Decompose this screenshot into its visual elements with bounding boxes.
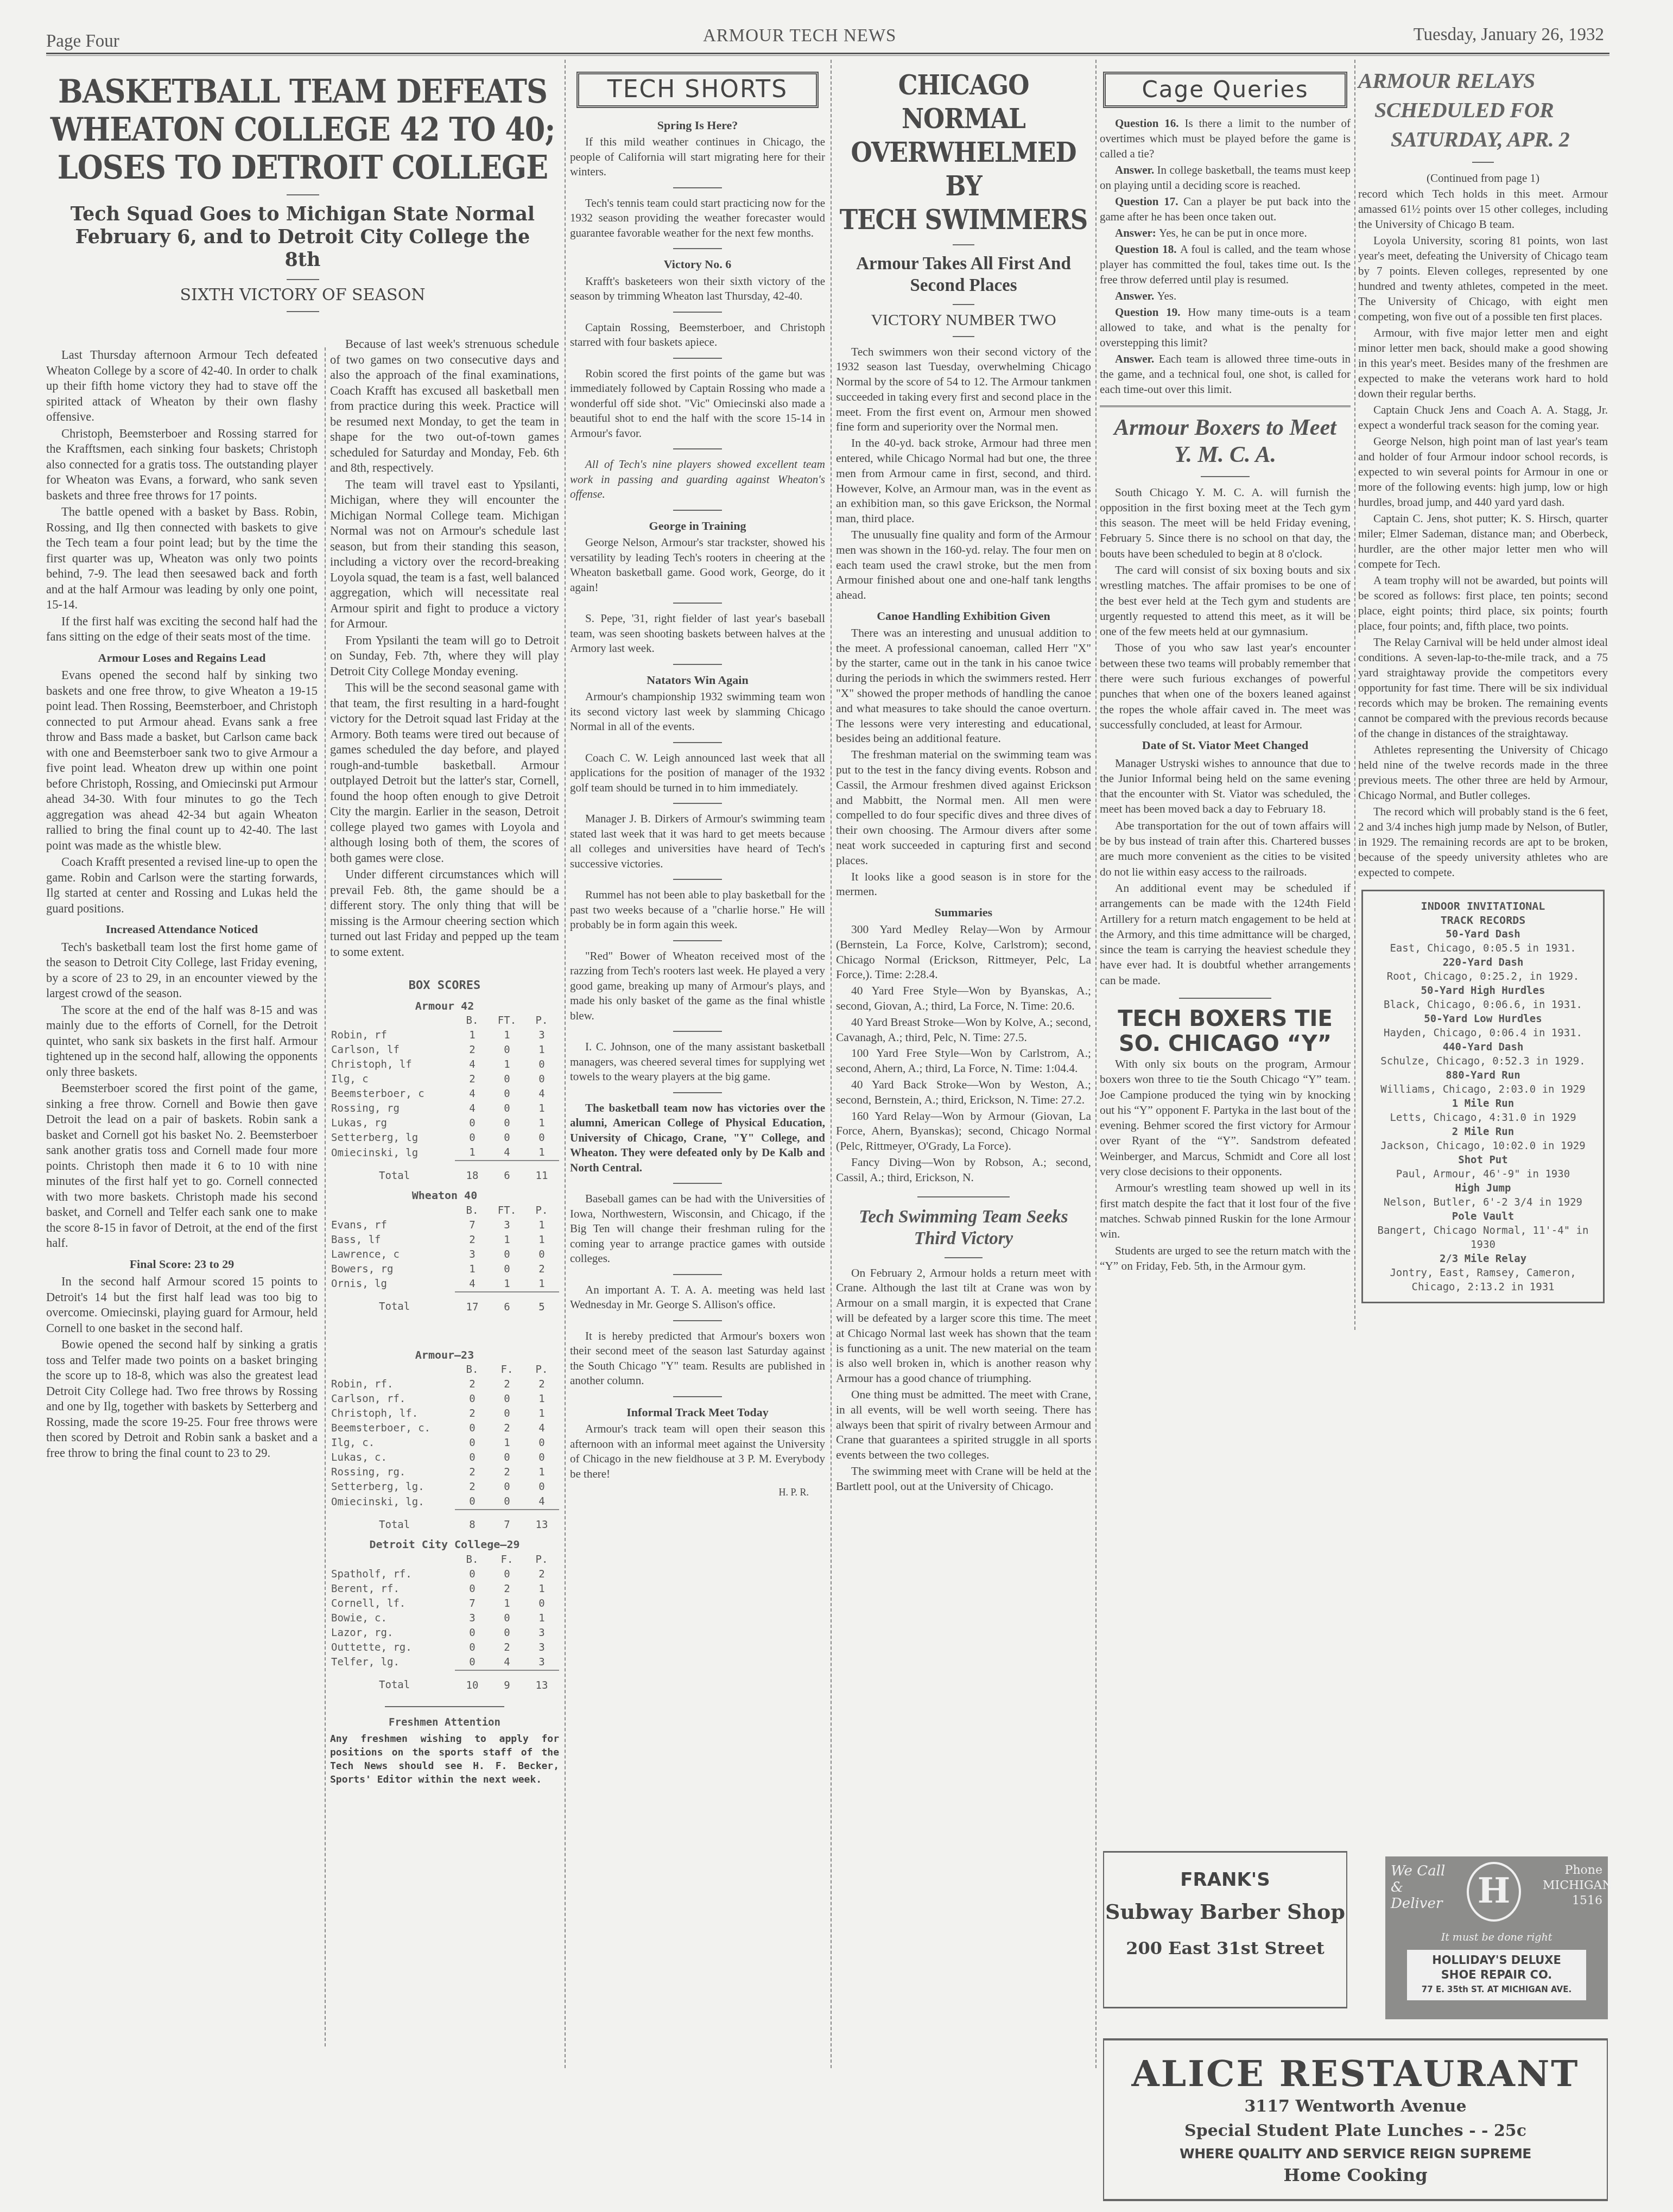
stat-cell: 3 bbox=[524, 1626, 559, 1640]
stat-cell: 0 bbox=[524, 1131, 559, 1145]
paragraph: Armour's track team will open their seas… bbox=[570, 1422, 825, 1481]
relays-body: record which Tech holds in this meet. Ar… bbox=[1358, 186, 1608, 880]
stat-cell: 1 bbox=[524, 1218, 559, 1233]
ad-title: FRANK'S bbox=[1104, 1869, 1346, 1891]
header-cell: B. bbox=[455, 1362, 490, 1377]
paragraph: Under different circumstances which will… bbox=[330, 867, 559, 960]
stat-cell: 1 bbox=[524, 1145, 559, 1161]
stat-cell: 4 bbox=[490, 1145, 524, 1161]
stat-cell: 9 bbox=[490, 1670, 524, 1693]
stat-cell: 0 bbox=[455, 1567, 490, 1582]
player-cell: Ornis, lg bbox=[330, 1277, 455, 1292]
total-label: Total bbox=[330, 1510, 455, 1532]
record-event: 440-Yard Dash bbox=[1368, 1040, 1598, 1054]
paragraph: George Nelson, high point man of last ye… bbox=[1358, 434, 1608, 510]
divider bbox=[673, 510, 722, 511]
box-score-row: Telfer, lg.043 bbox=[330, 1655, 559, 1670]
stat-cell: 1 bbox=[524, 1611, 559, 1626]
basketball-column-2: Because of last week's strenuous schedul… bbox=[330, 337, 559, 1786]
stat-cell: 0 bbox=[455, 1626, 490, 1640]
query-label: Question 19. bbox=[1115, 306, 1188, 319]
tech-shorts-signature: H. P. R. bbox=[570, 1485, 825, 1500]
divider bbox=[673, 742, 722, 743]
player-cell: Robin, rf. bbox=[330, 1377, 455, 1392]
query-label: Question 18. bbox=[1115, 243, 1180, 256]
header-cell bbox=[330, 1013, 455, 1028]
records-list: 50-Yard DashEast, Chicago, 0:05.5 in 193… bbox=[1368, 927, 1598, 1294]
box-score-row: Robin, rf.222 bbox=[330, 1377, 559, 1392]
header-cell bbox=[330, 1203, 455, 1218]
box-score-row: Bass, lf211 bbox=[330, 1233, 559, 1247]
ad-line: Home Cooking bbox=[1104, 2165, 1607, 2185]
stat-cell: 0 bbox=[524, 1450, 559, 1465]
paragraph: The unusually fine quality and form of t… bbox=[836, 528, 1091, 603]
paragraph: Armour, with five major letter men and e… bbox=[1358, 325, 1608, 401]
divider bbox=[1100, 405, 1351, 409]
stat-cell: 3 bbox=[524, 1640, 559, 1655]
divider bbox=[953, 336, 974, 337]
player-cell: Bowie, c. bbox=[330, 1611, 455, 1626]
alice-restaurant-ad: ALICE RESTAURANT 3117 Wentworth Avenue S… bbox=[1103, 2038, 1608, 2201]
column-divider bbox=[565, 60, 566, 2068]
divider bbox=[287, 194, 319, 195]
stat-cell: 2 bbox=[490, 1640, 524, 1655]
stat-cell: 1 bbox=[455, 1028, 490, 1043]
stat-cell: 0 bbox=[490, 1131, 524, 1145]
box-score-row: Rossing, rg.221 bbox=[330, 1465, 559, 1480]
stat-cell: 11 bbox=[524, 1161, 559, 1183]
boxers-tie-headline: TECH BOXERS TIE SO. CHICAGO “Y” bbox=[1100, 1006, 1351, 1056]
player-cell: Ilg, c. bbox=[330, 1436, 455, 1450]
franks-barber-ad: FRANK'S Subway Barber Shop 200 East 31st… bbox=[1103, 1851, 1347, 2008]
divider bbox=[953, 304, 974, 305]
record-holder: Hayden, Chicago, 0:06.4 in 1931. bbox=[1368, 1026, 1598, 1040]
player-cell: Christoph, lf bbox=[330, 1057, 455, 1072]
box-score-row: Ilg, c.010 bbox=[330, 1436, 559, 1450]
divider bbox=[673, 448, 722, 449]
stat-cell: 0 bbox=[524, 1057, 559, 1072]
holliday-shoe-repair-ad: We Call & Deliver Phone MICHIGAN 1516 H … bbox=[1385, 1856, 1608, 2019]
stat-cell: 1 bbox=[490, 1028, 524, 1043]
paragraph: There was an interesting and unusual add… bbox=[836, 626, 1091, 746]
stat-cell: 6 bbox=[490, 1292, 524, 1315]
paragraph: I. C. Johnson, one of the many assistant… bbox=[570, 1040, 825, 1085]
paragraph: The score at the end of the half was 8-1… bbox=[46, 1003, 318, 1080]
section-subhead: Spring Is Here? bbox=[570, 118, 825, 133]
paragraph: If this mild weather continues in Chicag… bbox=[570, 135, 825, 180]
total-label: Total bbox=[330, 1161, 455, 1183]
player-cell: Cornell, lf. bbox=[330, 1596, 455, 1611]
paragraph: Evans opened the second half by sinking … bbox=[46, 668, 318, 853]
paragraph: Armour's wrestling team showed up well i… bbox=[1100, 1180, 1351, 1241]
record-event: 880-Yard Run bbox=[1368, 1068, 1598, 1082]
box-score-row: Outtette, rg.023 bbox=[330, 1640, 559, 1655]
stat-cell: 1 bbox=[490, 1277, 524, 1292]
stat-cell: 2 bbox=[490, 1465, 524, 1480]
box-score-row: Spatholf, rf.002 bbox=[330, 1567, 559, 1582]
box-score-team: Detroit City College—29 bbox=[330, 1537, 559, 1552]
player-cell: Setterberg, lg. bbox=[330, 1480, 455, 1494]
stat-cell: 18 bbox=[455, 1161, 490, 1183]
box-score-row: Omiecinski, lg.004 bbox=[330, 1494, 559, 1510]
divider bbox=[673, 1320, 722, 1321]
player-cell: Omiecinski, lg bbox=[330, 1145, 455, 1161]
ad-line: Phone MICHIGAN 1516 bbox=[1543, 1863, 1602, 1909]
paragraph: An important A. T. A. A. meeting was hel… bbox=[570, 1283, 825, 1313]
stat-cell: 4 bbox=[524, 1421, 559, 1436]
divider bbox=[673, 1031, 722, 1032]
stat-cell: 0 bbox=[490, 1611, 524, 1626]
paragraph: Fancy Diving—Won by Robson, A.; second, … bbox=[836, 1155, 1091, 1186]
stat-cell: 4 bbox=[455, 1277, 490, 1292]
masthead: Page Four ARMOUR TECH NEWS Tuesday, Janu… bbox=[46, 22, 1604, 54]
ad-line: 77 E. 35th ST. AT MICHIGAN AVE. bbox=[1407, 1982, 1586, 1997]
record-holder: Root, Chicago, 0:25.2, in 1929. bbox=[1368, 969, 1598, 984]
box-score-header: B.FT.P. bbox=[330, 1203, 559, 1218]
paragraph: Bowie opened the second half by sinking … bbox=[46, 1337, 318, 1461]
boxers-tie-body: With only six bouts on the program, Armo… bbox=[1100, 1056, 1351, 1273]
paragraph: Beemsterboer scored the first point of t… bbox=[46, 1081, 318, 1251]
stat-cell: 4 bbox=[524, 1087, 559, 1101]
box-score-header: B.FT.P. bbox=[330, 1013, 559, 1028]
stat-cell: 1 bbox=[524, 1233, 559, 1247]
box-score-row: Ornis, lg411 bbox=[330, 1277, 559, 1292]
ad-line: WHERE QUALITY AND SERVICE REIGN SUPREME bbox=[1104, 2146, 1607, 2162]
paragraph: It is hereby predicted that Armour's box… bbox=[570, 1329, 825, 1389]
divider bbox=[673, 1183, 722, 1184]
headline-line: SATURDAY, APR. 2 bbox=[1358, 125, 1608, 154]
swimming-column: CHICAGO NORMAL OVERWHELMED BY TECH SWIMM… bbox=[836, 60, 1091, 1495]
box-score-header: B.F.P. bbox=[330, 1552, 559, 1567]
freshmen-notice: Any freshmen wishing to apply for positi… bbox=[330, 1732, 559, 1786]
total-label: Total bbox=[330, 1670, 455, 1693]
paragraph: Because of last week's strenuous schedul… bbox=[330, 337, 559, 476]
stat-cell: 0 bbox=[455, 1582, 490, 1596]
box-score-row: Lawrence, c300 bbox=[330, 1247, 559, 1262]
section-subhead: George in Training bbox=[570, 518, 825, 534]
stat-cell: 0 bbox=[490, 1043, 524, 1057]
box-score-total: Total1765 bbox=[330, 1292, 559, 1315]
stat-cell: 0 bbox=[490, 1480, 524, 1494]
stat-cell: 0 bbox=[490, 1494, 524, 1510]
stat-cell: 1 bbox=[490, 1436, 524, 1450]
paragraph: Baseball games can be had with the Unive… bbox=[570, 1191, 825, 1266]
headline-line: SO. CHICAGO “Y” bbox=[1100, 1031, 1351, 1056]
records-title: INDOOR INVITATIONAL bbox=[1368, 899, 1598, 913]
stat-cell: 3 bbox=[524, 1655, 559, 1670]
stat-cell: 0 bbox=[455, 1116, 490, 1131]
paragraph: 100 Yard Free Style—Won by Carlstrom, A.… bbox=[836, 1046, 1091, 1076]
stat-cell: 3 bbox=[524, 1028, 559, 1043]
paragraph: Tech's tennis team could start practicin… bbox=[570, 196, 825, 241]
tech-shorts-column: TECH SHORTS Spring Is Here?If this mild … bbox=[570, 60, 825, 1500]
paragraph: The swimming meet with Crane will be hel… bbox=[836, 1464, 1091, 1494]
basketball-headline: BASKETBALL TEAM DEFEATS WHEATON COLLEGE … bbox=[46, 73, 559, 187]
stat-cell: 4 bbox=[524, 1494, 559, 1510]
record-holder: Williams, Chicago, 2:03.0 in 1929 bbox=[1368, 1082, 1598, 1097]
header-cell: B. bbox=[455, 1552, 490, 1567]
header-cell: F. bbox=[490, 1362, 524, 1377]
query-label: Answer. bbox=[1115, 163, 1157, 176]
swimming-second-body: On February 2, Armour holds a return mee… bbox=[836, 1266, 1091, 1494]
stat-cell: 0 bbox=[490, 1406, 524, 1421]
stat-cell: 6 bbox=[490, 1161, 524, 1183]
track-records-box: INDOOR INVITATIONAL TRACK RECORDS 50-Yar… bbox=[1361, 890, 1605, 1303]
paragraph: Coach C. W. Leigh announced last week th… bbox=[570, 751, 825, 796]
cage-queries-column: Cage Queries Question 16. Is there a lim… bbox=[1100, 60, 1351, 1275]
paragraph: 40 Yard Breast Stroke—Won by Kolve, A.; … bbox=[836, 1015, 1091, 1045]
stat-cell: 1 bbox=[490, 1596, 524, 1611]
ad-line: Subway Barber Shop bbox=[1104, 1899, 1346, 1924]
stat-cell: 0 bbox=[490, 1262, 524, 1277]
relays-column: ARMOUR RELAYS SCHEDULED FOR SATURDAY, AP… bbox=[1358, 60, 1608, 1303]
stat-cell: 1 bbox=[524, 1392, 559, 1406]
paragraph: Krafft's basketeers won their sixth vict… bbox=[570, 274, 825, 304]
column-divider bbox=[325, 347, 326, 2046]
records-title: TRACK RECORDS bbox=[1368, 913, 1598, 927]
stat-cell: 2 bbox=[524, 1567, 559, 1582]
stat-cell: 7 bbox=[455, 1218, 490, 1233]
record-holder: East, Chicago, 0:05.5 in 1931. bbox=[1368, 941, 1598, 955]
paragraph: From Ypsilanti the team will go to Detro… bbox=[330, 633, 559, 680]
section-subhead: Natators Win Again bbox=[570, 673, 825, 688]
paper-name: ARMOUR TECH NEWS bbox=[703, 26, 896, 46]
box-score-table: B.F.P.Spatholf, rf.002Berent, rf.021Corn… bbox=[330, 1552, 559, 1693]
stat-cell: 17 bbox=[455, 1292, 490, 1315]
player-cell: Ilg, c bbox=[330, 1072, 455, 1087]
paragraph: The Relay Carnival will be held under al… bbox=[1358, 635, 1608, 741]
stat-cell: 0 bbox=[490, 1116, 524, 1131]
stat-cell: 0 bbox=[490, 1450, 524, 1465]
divider bbox=[287, 311, 319, 312]
column-divider bbox=[831, 60, 832, 2068]
stat-cell: 5 bbox=[524, 1292, 559, 1315]
paragraph: Students are urged to see the return mat… bbox=[1100, 1243, 1351, 1274]
stat-cell: 1 bbox=[490, 1233, 524, 1247]
stat-cell: 0 bbox=[490, 1087, 524, 1101]
record-holder: Bangert, Chicago Normal, 11'-4" in 1930 bbox=[1368, 1224, 1598, 1252]
section-subhead: Final Score: 23 to 29 bbox=[46, 1257, 318, 1272]
paragraph: 40 Yard Free Style—Won by Byanskas, A.; … bbox=[836, 984, 1091, 1014]
paragraph: Robin scored the first points of the gam… bbox=[570, 366, 825, 441]
divider bbox=[945, 1257, 983, 1258]
stat-cell: 2 bbox=[490, 1377, 524, 1392]
divider bbox=[673, 1092, 722, 1093]
query-item: Question 17. Can a player be put back in… bbox=[1100, 194, 1351, 224]
stat-cell: 0 bbox=[524, 1596, 559, 1611]
stat-cell: 7 bbox=[455, 1596, 490, 1611]
stat-cell: 0 bbox=[490, 1567, 524, 1582]
query-item: Question 18. A foul is called, and the t… bbox=[1100, 242, 1351, 287]
headline-line: TECH BOXERS TIE bbox=[1100, 1006, 1351, 1031]
stat-cell: 1 bbox=[524, 1277, 559, 1292]
masthead-rule bbox=[46, 53, 1609, 56]
box-score-row: Carlson, lf201 bbox=[330, 1043, 559, 1057]
query-item: Answer. Yes. bbox=[1100, 288, 1351, 303]
paragraph: Captain Rossing, Beemsterboer, and Chris… bbox=[570, 320, 825, 350]
box-scores: BOX SCORES Armour 42B.FT.P.Robin, rf113C… bbox=[330, 978, 559, 1693]
stat-cell: 2 bbox=[455, 1377, 490, 1392]
paragraph: Armour's championship 1932 swimming team… bbox=[570, 689, 825, 734]
stat-cell: 0 bbox=[455, 1436, 490, 1450]
divider bbox=[673, 803, 722, 804]
continued-note: (Continued from page 1) bbox=[1358, 170, 1608, 186]
paragraph: On February 2, Armour holds a return mee… bbox=[836, 1266, 1091, 1386]
query-label: Answer. bbox=[1115, 352, 1159, 365]
headline-line: OVERWHELMED BY bbox=[836, 136, 1091, 203]
paragraph: "Red" Bower of Wheaton received most of … bbox=[570, 949, 825, 1024]
record-holder: Paul, Armour, 46'-9" in 1930 bbox=[1368, 1167, 1598, 1181]
basketball-column-2-text: Because of last week's strenuous schedul… bbox=[330, 337, 559, 960]
ad-line: It must be done right bbox=[1385, 1931, 1608, 1943]
record-event: High Jump bbox=[1368, 1181, 1598, 1195]
stat-cell: 8 bbox=[455, 1510, 490, 1532]
paragraph: With only six bouts on the program, Armo… bbox=[1100, 1056, 1351, 1179]
box-score-row: Robin, rf113 bbox=[330, 1028, 559, 1043]
column-divider bbox=[1354, 60, 1355, 1330]
headline-line: SCHEDULED FOR bbox=[1358, 96, 1608, 125]
tech-shorts-title: TECH SHORTS bbox=[576, 72, 819, 108]
paragraph: 160 Yard Relay—Won by Armour (Giovan, La… bbox=[836, 1109, 1091, 1154]
record-event: Shot Put bbox=[1368, 1153, 1598, 1167]
stat-cell: 2 bbox=[455, 1043, 490, 1057]
paragraph: The freshman material on the swimming te… bbox=[836, 747, 1091, 868]
bold-paragraph: The basketball team now has victories ov… bbox=[570, 1101, 825, 1176]
headline-line: CHICAGO NORMAL bbox=[836, 68, 1091, 136]
stat-cell: 0 bbox=[490, 1247, 524, 1262]
query-label: Answer. bbox=[1115, 289, 1157, 302]
box-score-table: B.FT.P.Robin, rf113Carlson, lf201Christo… bbox=[330, 1013, 559, 1183]
box-score-row: Rossing, rg401 bbox=[330, 1101, 559, 1116]
divider bbox=[385, 1706, 504, 1707]
header-cell: B. bbox=[455, 1203, 490, 1218]
divider bbox=[953, 244, 974, 245]
paragraph: record which Tech holds in this meet. Ar… bbox=[1358, 186, 1608, 232]
paragraph: The record which will probably stand is … bbox=[1358, 804, 1608, 880]
paragraph: The card will consist of six boxing bout… bbox=[1100, 562, 1351, 639]
record-holder: Black, Chicago, 0:06.6, in 1931. bbox=[1368, 998, 1598, 1012]
box-score-team: Armour—23 bbox=[330, 1347, 559, 1363]
swimming-subhead: Armour Takes All First And Second Places bbox=[836, 253, 1091, 296]
record-event: Pole Vault bbox=[1368, 1209, 1598, 1224]
freshmen-title: Freshmen Attention bbox=[330, 1715, 559, 1731]
stat-cell: 2 bbox=[455, 1072, 490, 1087]
stat-cell: 2 bbox=[524, 1377, 559, 1392]
box-score-row: Ilg, c200 bbox=[330, 1072, 559, 1087]
paragraph: Manager J. B. Dirkers of Armour's swimmi… bbox=[570, 812, 825, 871]
record-holder: Nelson, Butler, 6'-2 3/4 in 1929 bbox=[1368, 1195, 1598, 1209]
player-cell: Spatholf, rf. bbox=[330, 1567, 455, 1582]
paragraph: In the 40-yd. back stroke, Armour had th… bbox=[836, 436, 1091, 527]
stat-cell: 0 bbox=[455, 1421, 490, 1436]
headline-line: BASKETBALL TEAM DEFEATS bbox=[46, 73, 559, 111]
record-event: 50-Yard Low Hurdles bbox=[1368, 1012, 1598, 1026]
paragraph: Loyola University, scoring 81 points, wo… bbox=[1358, 233, 1608, 324]
box-score-team: Wheaton 40 bbox=[330, 1188, 559, 1203]
paragraph: A team trophy will not be awarded, but p… bbox=[1358, 573, 1608, 633]
box-score-row: Lazor, rg.003 bbox=[330, 1626, 559, 1640]
stat-cell: 1 bbox=[455, 1262, 490, 1277]
relays-headline: ARMOUR RELAYS SCHEDULED FOR SATURDAY, AP… bbox=[1358, 66, 1608, 154]
header-cell: F. bbox=[490, 1552, 524, 1567]
player-cell: Bass, lf bbox=[330, 1233, 455, 1247]
divider bbox=[673, 664, 722, 665]
paragraph: In the second half Armour scored 15 poin… bbox=[46, 1274, 318, 1336]
headline-line: ARMOUR RELAYS bbox=[1358, 66, 1608, 96]
stat-cell: 4 bbox=[490, 1655, 524, 1670]
player-cell: Lukas, rg bbox=[330, 1116, 455, 1131]
tech-shorts-items: Spring Is Here?If this mild weather cont… bbox=[570, 118, 825, 1482]
stat-cell: 1 bbox=[524, 1582, 559, 1596]
divider bbox=[1179, 998, 1271, 999]
swimming-headline: CHICAGO NORMAL OVERWHELMED BY TECH SWIMM… bbox=[836, 68, 1091, 237]
ad-line: 3117 Wentworth Avenue bbox=[1104, 2097, 1607, 2116]
header-cell: P. bbox=[524, 1552, 559, 1567]
divider bbox=[287, 279, 319, 280]
record-event: 50-Yard High Hurdles bbox=[1368, 984, 1598, 998]
record-holder: Letts, Chicago, 4:31.0 in 1929 bbox=[1368, 1111, 1598, 1125]
boxers-ymca-headline: Armour Boxers to Meet Y. M. C. A. bbox=[1100, 414, 1351, 468]
divider bbox=[673, 187, 722, 188]
ad-line: Special Student Plate Lunches - - 25c bbox=[1104, 2121, 1607, 2140]
stat-cell: 3 bbox=[490, 1218, 524, 1233]
stat-cell: 7 bbox=[490, 1510, 524, 1532]
query-item: Answer. In college basketball, the teams… bbox=[1100, 162, 1351, 193]
player-cell: Rossing, rg bbox=[330, 1101, 455, 1116]
column-divider bbox=[1095, 60, 1097, 2068]
stat-cell: 0 bbox=[490, 1626, 524, 1640]
headline-line: TECH SWIMMERS bbox=[836, 203, 1091, 237]
paragraph: S. Pepe, '31, right fielder of last year… bbox=[570, 611, 825, 656]
box-score-row: Christoph, lf410 bbox=[330, 1057, 559, 1072]
issue-date: Tuesday, January 26, 1932 bbox=[1414, 25, 1604, 45]
paragraph: 300 Yard Medley Relay—Won by Armour (Ber… bbox=[836, 922, 1091, 983]
divider bbox=[673, 1396, 722, 1397]
box-score-games: Armour 42B.FT.P.Robin, rf113Carlson, lf2… bbox=[330, 998, 559, 1693]
query-label: Answer: bbox=[1115, 226, 1159, 239]
player-cell: Lawrence, c bbox=[330, 1247, 455, 1262]
stat-cell: 2 bbox=[455, 1406, 490, 1421]
stat-cell: 0 bbox=[455, 1131, 490, 1145]
paragraph: 40 Yard Back Stroke—Won by Weston, A.; s… bbox=[836, 1078, 1091, 1108]
paragraph: Those of you who saw last year's encount… bbox=[1100, 640, 1351, 732]
player-cell: Bowers, rg bbox=[330, 1262, 455, 1277]
player-cell: Carlson, lf bbox=[330, 1043, 455, 1057]
box-score-total: Total18611 bbox=[330, 1161, 559, 1183]
box-score-row: Evans, rf731 bbox=[330, 1218, 559, 1233]
section-subhead: Victory No. 6 bbox=[570, 257, 825, 272]
record-event: 50-Yard Dash bbox=[1368, 927, 1598, 941]
swimming-body: Tech swimmers won their second victory o… bbox=[836, 345, 1091, 1186]
stat-cell: 0 bbox=[455, 1494, 490, 1510]
stat-cell: 1 bbox=[524, 1465, 559, 1480]
query-label: Question 16. bbox=[1115, 117, 1184, 130]
paragraph: One thing must be admitted. The meet wit… bbox=[836, 1387, 1091, 1463]
paragraph: Christoph, Beemsterboer and Rossing star… bbox=[46, 426, 318, 504]
section-subhead: Date of St. Viator Meet Changed bbox=[1100, 738, 1351, 753]
stat-cell: 10 bbox=[455, 1670, 490, 1693]
stat-cell: 1 bbox=[524, 1116, 559, 1131]
divider bbox=[673, 358, 722, 359]
stat-cell: 2 bbox=[524, 1262, 559, 1277]
stat-cell: 0 bbox=[455, 1392, 490, 1406]
record-holder: Jackson, Chicago, 10:02.0 in 1929 bbox=[1368, 1139, 1598, 1153]
player-cell: Rossing, rg. bbox=[330, 1465, 455, 1480]
box-score-row: Bowers, rg102 bbox=[330, 1262, 559, 1277]
stat-cell: 1 bbox=[524, 1043, 559, 1057]
paragraph: An additional event may be scheduled if … bbox=[1100, 880, 1351, 988]
box-score-total: Total8713 bbox=[330, 1510, 559, 1532]
